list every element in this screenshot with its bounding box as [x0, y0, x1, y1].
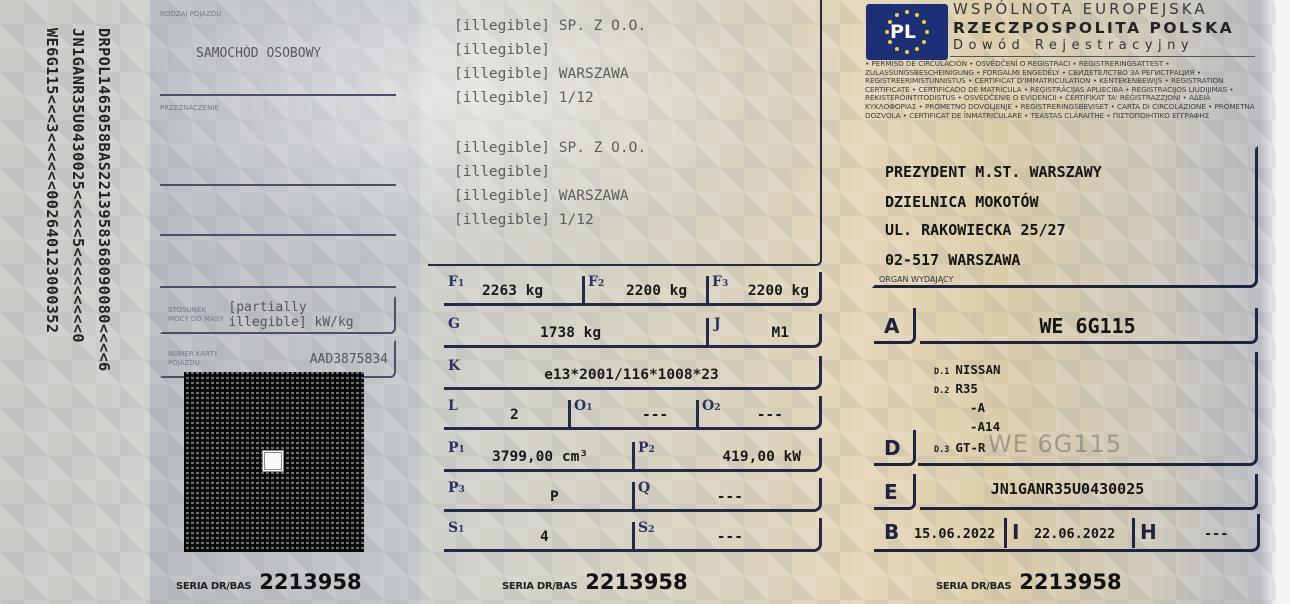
- field-3: [160, 194, 396, 236]
- registration-date: 22.06.2022: [1034, 526, 1115, 542]
- l-code: L: [448, 398, 458, 414]
- d1-line: D.1NISSAN: [934, 362, 1001, 377]
- d3-line: D.3GT-R: [934, 440, 985, 455]
- g-value: 1738 kg: [540, 325, 601, 341]
- eu-star-icon: [895, 13, 899, 17]
- s2-value: ---: [717, 529, 743, 545]
- p1-code: P1: [448, 440, 465, 456]
- o2-code: O2: [702, 398, 720, 414]
- p1-value: 3799,00 cm³: [492, 449, 588, 465]
- owner-line-4: [illegible] 1/12: [454, 86, 646, 110]
- mrz-line-2: JN1GANR35U0430025<<<<<5<<<<<<<<<0: [68, 28, 88, 588]
- eu-star-icon: [888, 20, 892, 24]
- eu-star-icon: [922, 20, 926, 24]
- l-value: 2: [510, 407, 519, 423]
- header-eu: WSPÓLNOTA EUROPEJSKA: [953, 0, 1208, 18]
- s1-value: 4: [540, 529, 549, 545]
- card-number-value: AAD3875834: [310, 352, 388, 367]
- separator: [706, 276, 709, 304]
- card-edge: [1276, 0, 1290, 604]
- b-code: B: [884, 520, 899, 544]
- separator: [632, 442, 635, 470]
- vin-value: JN1GANR35U0430025: [920, 480, 1255, 498]
- user-line-3: [illegible] WARSZAWA: [454, 184, 646, 208]
- vehicle-type-label: RODZAJ POJAZDU: [160, 10, 396, 19]
- mrz-line-1: DRPOL1465058BAS2213958368090080<<<<6: [94, 28, 114, 588]
- serial-middle: SERIA DR/BAS 2213958: [502, 570, 688, 594]
- f1-code: F1: [448, 274, 464, 290]
- header-doc-title: Dowód Rejestracyjny: [953, 38, 1194, 53]
- authority-line-4: 02-517 WARSZAWA: [885, 251, 1020, 269]
- field-4: [160, 244, 396, 288]
- eu-star-icon: [885, 30, 889, 34]
- separator: [1004, 518, 1007, 548]
- first-registration-date: 15.06.2022: [914, 526, 995, 542]
- j-code: J: [714, 316, 721, 332]
- h-value: ---: [1204, 526, 1228, 542]
- separator: [582, 276, 585, 304]
- separator: [632, 522, 635, 550]
- header-country: RZECZPOSPOLITA POLSKA: [953, 19, 1234, 37]
- multilingual-title: • PERMISO DE CIRCULACIÓN • OSVĚDČENÍ O R…: [865, 60, 1255, 120]
- separator: [1132, 518, 1135, 548]
- registration-certificate: DRPOL1465058BAS2213958368090080<<<<6 JN1…: [0, 0, 1290, 604]
- separator: [568, 400, 571, 428]
- eu-star-icon: [922, 40, 926, 44]
- barcode-finder-pattern: [262, 450, 284, 472]
- user-block: [illegible] SP. Z O.O. [illegible] [ille…: [454, 136, 646, 232]
- eu-star-icon: [895, 47, 899, 51]
- d2-line-2: -A: [970, 400, 985, 415]
- separator: [706, 318, 709, 346]
- power-ratio-label: STOSUNEK MOCY DO MASY: [168, 306, 228, 324]
- serial-left: SERIA DR/BAS 2213958: [176, 570, 362, 594]
- field-code-box: A: [874, 308, 916, 344]
- separator: [632, 482, 635, 510]
- eu-star-icon: [915, 47, 919, 51]
- o1-value: ---: [642, 407, 668, 423]
- owner-line-1: [illegible] SP. Z O.O.: [454, 14, 646, 38]
- e-code: E: [884, 480, 898, 504]
- mass-row-f: F1 2263 kg F2 2200 kg F3 2200 kg: [444, 272, 822, 306]
- o2-value: ---: [757, 407, 783, 423]
- user-line-1: [illegible] SP. Z O.O.: [454, 136, 646, 160]
- header-divider: [950, 56, 1255, 57]
- f3-value: 2200 kg: [748, 283, 809, 299]
- power-ratio-field: STOSUNEK MOCY DO MASY [partially illegib…: [160, 296, 396, 334]
- f1-value: 2263 kg: [482, 283, 543, 299]
- field-value-box: WE 6G115: [920, 308, 1258, 344]
- p2-value: 419,00 kW: [722, 449, 801, 465]
- power-ratio-value: [partially illegible] kW/kg: [228, 300, 388, 330]
- h-code: H: [1140, 520, 1157, 544]
- vehicle-type-value: SAMOCHÓD OSOBOWY: [196, 46, 321, 61]
- j-value: M1: [772, 325, 789, 341]
- user-line-2: [illegible]: [454, 160, 646, 184]
- serial-label: SERIA DR/BAS: [176, 581, 251, 592]
- field-code-box: D: [874, 430, 916, 466]
- engine-row-p: P1 3799,00 cm³ P2 419,00 kW: [444, 438, 822, 472]
- p2-code: P2: [638, 440, 655, 456]
- serial-label: SERIA DR/BAS: [936, 581, 1011, 592]
- eu-star-icon: [905, 50, 909, 54]
- owner-line-3: [illegible] WARSZAWA: [454, 62, 646, 86]
- eu-star-icon: [888, 40, 892, 44]
- eu-star-icon: [905, 10, 909, 14]
- mrz-line-3: WE6G115<<<3<<<<<<002640123000352: [42, 28, 62, 588]
- seats-row-s: S1 4 S2 ---: [444, 518, 822, 552]
- i-code: I: [1012, 520, 1019, 544]
- s1-code: S1: [448, 520, 464, 536]
- left-panel: RODZAJ POJAZDU SAMOCHÓD OSOBOWY PRZEZNAC…: [160, 10, 396, 384]
- k-value: e13*2001/116*1008*23: [444, 367, 819, 383]
- eu-star-icon: [915, 13, 919, 17]
- approval-row-k: K e13*2001/116*1008*23: [444, 356, 822, 390]
- f2-value: 2200 kg: [626, 283, 687, 299]
- p3-code: P3: [448, 480, 465, 496]
- 2d-barcode: [184, 372, 364, 552]
- f2-code: F2: [588, 274, 604, 290]
- field-d-code: D: [874, 430, 918, 466]
- separator: [696, 400, 699, 428]
- o1-code: O1: [574, 398, 592, 414]
- serial-number: 2213958: [585, 570, 687, 594]
- eu-flag-icon: PL: [866, 4, 948, 60]
- serial-right: SERIA DR/BAS 2213958: [936, 570, 1122, 594]
- authority-line-3: UL. RAKOWIECKA 25/27: [885, 221, 1066, 239]
- p3-value: P: [550, 489, 559, 505]
- axles-row-l: L 2 O1 --- O2 ---: [444, 396, 822, 430]
- mass-row-g: G 1738 kg J M1: [444, 314, 822, 348]
- serial-number: 2213958: [1019, 570, 1121, 594]
- g-code: G: [448, 316, 460, 332]
- a-code: A: [884, 314, 899, 338]
- d2-line: D.2R35: [934, 381, 978, 396]
- authority-line-2: DZIELNICA MOKOTÓW: [885, 193, 1039, 211]
- purpose-label: PRZEZNACZENIE: [160, 104, 396, 113]
- dates-row: B 15.06.2022 I 22.06.2022 H ---: [874, 514, 1260, 552]
- owner-block: [illegible] SP. Z O.O. [illegible] [ille…: [454, 14, 646, 110]
- country-code: PL: [890, 21, 916, 43]
- owner-line-2: [illegible]: [454, 38, 646, 62]
- q-code: Q: [638, 480, 650, 496]
- card-number-label: NUMER KARTY POJAZDU: [168, 350, 228, 368]
- field-code-box: E: [874, 474, 916, 510]
- fuel-row-p3: P3 P Q ---: [444, 478, 822, 512]
- purpose-field: PRZEZNACZENIE: [160, 104, 396, 186]
- authority-line-1: PREZYDENT M.ST. WARSZAWY: [885, 163, 1102, 181]
- q-value: ---: [717, 489, 743, 505]
- authority-caption: ORGAN WYDAJĄCY: [879, 275, 953, 284]
- plate-number: WE 6G115: [920, 314, 1255, 338]
- ghost-plate-image: WE 6G115: [988, 430, 1122, 458]
- serial-label: SERIA DR/BAS: [502, 581, 577, 592]
- field-e-vin: E JN1GANR35U0430025: [874, 474, 1258, 510]
- field-a-plate: A WE 6G115: [874, 308, 1258, 344]
- eu-star-icon: [925, 30, 929, 34]
- field-value-box: JN1GANR35U0430025: [920, 474, 1258, 510]
- serial-number: 2213958: [259, 570, 361, 594]
- d-code: D: [884, 436, 901, 460]
- machine-readable-zone: DRPOL1465058BAS2213958368090080<<<<6 JN1…: [38, 28, 114, 588]
- s2-code: S2: [638, 520, 654, 536]
- issuing-authority: PREZYDENT M.ST. WARSZAWY DZIELNICA MOKOT…: [872, 146, 1258, 288]
- user-line-4: [illegible] 1/12: [454, 208, 646, 232]
- f3-code: F3: [712, 274, 728, 290]
- vehicle-type-field: RODZAJ POJAZDU SAMOCHÓD OSOBOWY: [160, 10, 396, 96]
